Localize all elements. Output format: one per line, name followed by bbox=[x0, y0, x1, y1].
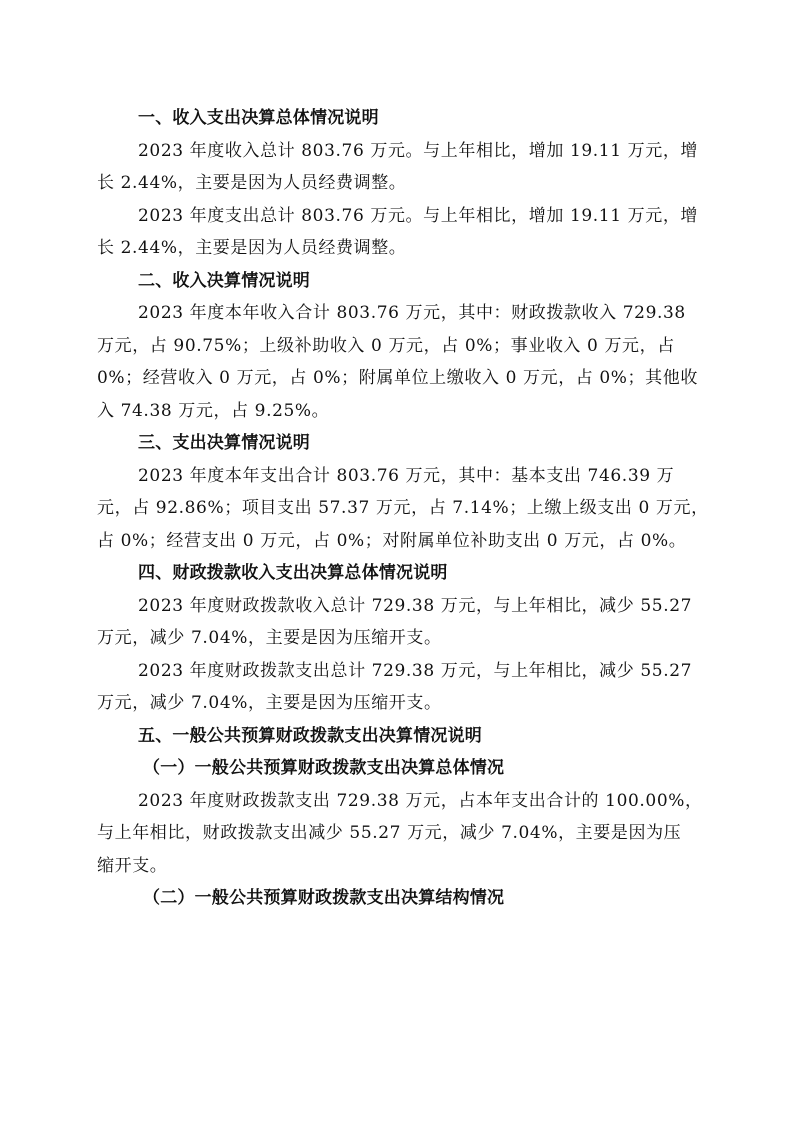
paragraph-line: 2023 年度支出总计 803.76 万元。与上年相比，增加 19.11 万元，… bbox=[97, 200, 699, 233]
paragraph-line: 2023 年度财政拨款支出总计 729.38 万元，与上年相比，减少 55.27 bbox=[97, 655, 699, 688]
paragraph: 2023 年度财政拨款支出 729.38 万元，占本年支出合计的 100.00%… bbox=[97, 785, 699, 883]
paragraph-line: 0%；经营收入 0 万元，占 0%；附属单位上缴收入 0 万元，占 0%；其他收 bbox=[97, 362, 699, 395]
section-heading: 一、收入支出决算总体情况说明 bbox=[97, 102, 699, 135]
paragraph-line: 万元，减少 7.04%，主要是因为压缩开支。 bbox=[97, 622, 699, 655]
section-5: 五、一般公共预算财政拨款支出决算情况说明 （一）一般公共预算财政拨款支出决算总体… bbox=[97, 720, 699, 915]
subsection-2: （二）一般公共预算财政拨款支出决算结构情况 bbox=[97, 882, 699, 915]
paragraph: 2023 年度收入总计 803.76 万元。与上年相比，增加 19.11 万元，… bbox=[97, 135, 699, 200]
paragraph: 2023 年度本年支出合计 803.76 万元，其中：基本支出 746.39 万… bbox=[97, 460, 699, 558]
subsection-heading: （一）一般公共预算财政拨款支出决算总体情况 bbox=[97, 752, 699, 785]
section-3: 三、支出决算情况说明 2023 年度本年支出合计 803.76 万元，其中：基本… bbox=[97, 427, 699, 557]
paragraph: 2023 年度支出总计 803.76 万元。与上年相比，增加 19.11 万元，… bbox=[97, 200, 699, 265]
paragraph-line: 占 0%；经营支出 0 万元，占 0%；对附属单位补助支出 0 万元，占 0%。 bbox=[97, 525, 699, 558]
section-1: 一、收入支出决算总体情况说明 2023 年度收入总计 803.76 万元。与上年… bbox=[97, 102, 699, 265]
paragraph-line: 长 2.44%，主要是因为人员经费调整。 bbox=[97, 167, 699, 200]
paragraph-line: 万元，占 90.75%；上级补助收入 0 万元，占 0%；事业收入 0 万元，占 bbox=[97, 330, 699, 363]
paragraph-line: 缩开支。 bbox=[97, 850, 699, 883]
section-heading: 四、财政拨款收入支出决算总体情况说明 bbox=[97, 557, 699, 590]
subsection-heading: （二）一般公共预算财政拨款支出决算结构情况 bbox=[97, 882, 699, 915]
paragraph-line: 2023 年度财政拨款收入总计 729.38 万元，与上年相比，减少 55.27 bbox=[97, 590, 699, 623]
paragraph-line: 长 2.44%，主要是因为人员经费调整。 bbox=[97, 232, 699, 265]
document-page: 一、收入支出决算总体情况说明 2023 年度收入总计 803.76 万元。与上年… bbox=[97, 102, 699, 915]
paragraph-line: 2023 年度本年支出合计 803.76 万元，其中：基本支出 746.39 万 bbox=[97, 460, 699, 493]
paragraph: 2023 年度财政拨款支出总计 729.38 万元，与上年相比，减少 55.27… bbox=[97, 655, 699, 720]
paragraph-line: 2023 年度本年收入合计 803.76 万元，其中：财政拨款收入 729.38 bbox=[97, 297, 699, 330]
paragraph: 2023 年度财政拨款收入总计 729.38 万元，与上年相比，减少 55.27… bbox=[97, 590, 699, 655]
paragraph-line: 与上年相比，财政拨款支出减少 55.27 万元，减少 7.04%，主要是因为压 bbox=[97, 817, 699, 850]
paragraph-line: 万元，减少 7.04%，主要是因为压缩开支。 bbox=[97, 687, 699, 720]
section-4: 四、财政拨款收入支出决算总体情况说明 2023 年度财政拨款收入总计 729.3… bbox=[97, 557, 699, 720]
paragraph: 2023 年度本年收入合计 803.76 万元，其中：财政拨款收入 729.38… bbox=[97, 297, 699, 427]
paragraph-line: 元，占 92.86%；项目支出 57.37 万元，占 7.14%；上缴上级支出 … bbox=[97, 492, 699, 525]
section-heading: 二、收入决算情况说明 bbox=[97, 265, 699, 298]
paragraph-line: 2023 年度收入总计 803.76 万元。与上年相比，增加 19.11 万元，… bbox=[97, 135, 699, 168]
section-heading: 五、一般公共预算财政拨款支出决算情况说明 bbox=[97, 720, 699, 753]
section-heading: 三、支出决算情况说明 bbox=[97, 427, 699, 460]
paragraph-line: 2023 年度财政拨款支出 729.38 万元，占本年支出合计的 100.00%… bbox=[97, 785, 699, 818]
section-2: 二、收入决算情况说明 2023 年度本年收入合计 803.76 万元，其中：财政… bbox=[97, 265, 699, 428]
subsection-1: （一）一般公共预算财政拨款支出决算总体情况 2023 年度财政拨款支出 729.… bbox=[97, 752, 699, 882]
paragraph-line: 入 74.38 万元，占 9.25%。 bbox=[97, 395, 699, 428]
